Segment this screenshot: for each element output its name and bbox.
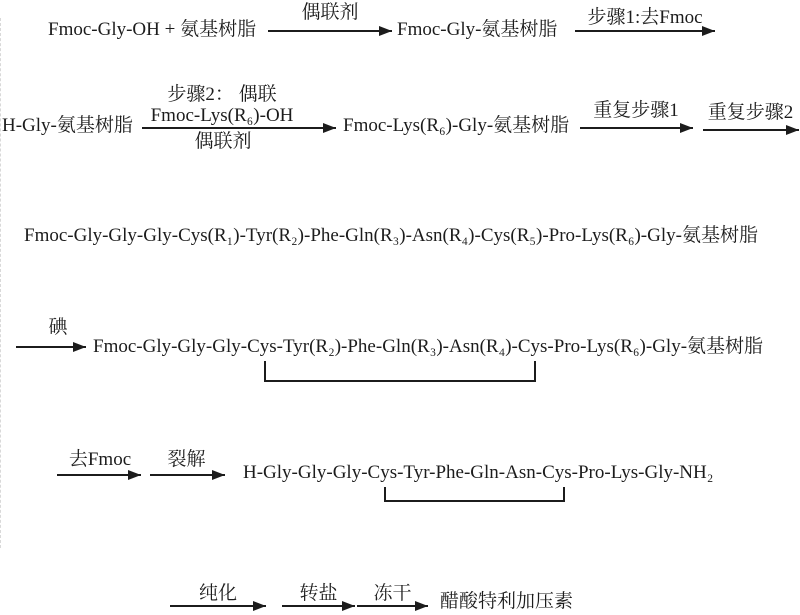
row6-purify-label: 纯化 <box>170 583 266 604</box>
synthesis-scheme-page: Fmoc-Gly-OH + 氨基树脂 偶联剂 Fmoc-Gly-氨基树脂 步骤1… <box>0 0 800 615</box>
row1-coupling-agent-label: 偶联剂 <box>266 2 394 23</box>
row2-intermediate-formula: Fmoc-Lys(R₆)-Gly-氨基树脂 <box>343 114 569 137</box>
row1-step1-defmoc-label: 步骤1:去Fmoc <box>573 7 717 28</box>
row4-cyclized-peptide-formula: Fmoc-Gly-Gly-Gly-Cys-Tyr(R₂)-Phe-Gln(R₃)… <box>93 335 763 358</box>
row5-disulfide-bracket <box>384 487 565 502</box>
scan-edge-artifact <box>0 18 1 548</box>
row2-repeat-step1-arrow <box>580 127 693 129</box>
row2-reactant-formula: H-Gly-氨基树脂 <box>2 114 133 137</box>
row2-step2-coupling-label: 步骤2： 偶联 <box>124 84 320 105</box>
row4-iodine-label: 碘 <box>28 317 88 338</box>
row1-reactant-formula: Fmoc-Gly-OH + 氨基树脂 <box>48 18 256 41</box>
row6-purify-arrow <box>170 605 266 607</box>
row5-defmoc-arrow <box>57 474 141 476</box>
row6-final-product-name: 醋酸特利加压素 <box>440 590 573 613</box>
row1-intermediate-formula: Fmoc-Gly-氨基树脂 <box>397 18 557 41</box>
row5-cleavage-arrow <box>150 474 225 476</box>
row1-step1-arrow <box>575 30 715 32</box>
row1-coupling-arrow <box>268 30 392 32</box>
row2-repeat-step2-arrow <box>703 129 799 131</box>
row4-iodine-arrow <box>16 346 86 348</box>
row5-cleavage-label: 裂解 <box>148 449 225 470</box>
row2-fmoc-lys-reagent-label: Fmoc-Lys(R₆)-OH <box>124 105 320 126</box>
row2-repeat-step1-label: 重复步骤1 <box>576 100 696 121</box>
row5-free-peptide-formula: H-Gly-Gly-Gly-Cys-Tyr-Phe-Gln-Asn-Cys-Pr… <box>243 461 713 484</box>
row2-coupling-arrow <box>142 127 336 129</box>
row5-defmoc-label: 去Fmoc <box>57 449 143 470</box>
row2-coupling-agent-label: 偶联剂 <box>148 131 298 152</box>
row4-disulfide-bracket <box>264 361 536 382</box>
row6-lyophilize-arrow <box>357 605 428 607</box>
row6-salt-exchange-arrow <box>282 605 355 607</box>
row3-protected-peptide-formula: Fmoc-Gly-Gly-Gly-Cys(R₁)-Tyr(R₂)-Phe-Gln… <box>24 224 758 247</box>
row2-repeat-step2-label: 重复步骤2 <box>702 102 799 123</box>
